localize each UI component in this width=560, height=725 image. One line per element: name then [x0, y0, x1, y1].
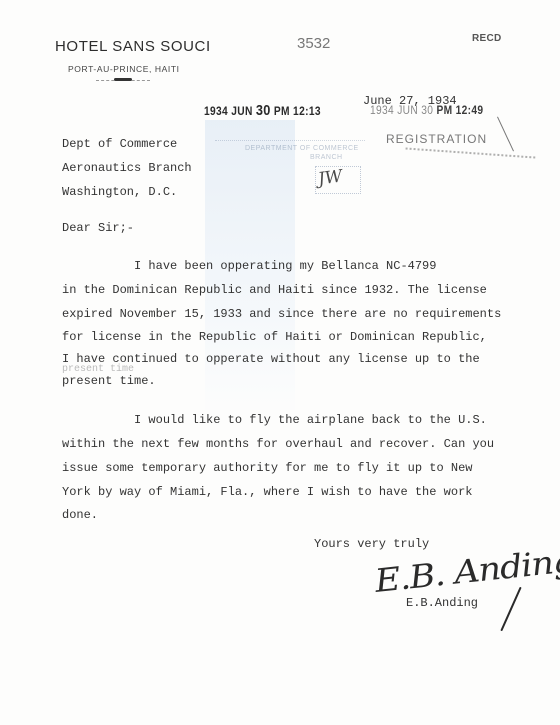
signature-flourish	[500, 587, 521, 632]
paragraph-2-line: York by way of Miami, Fla., where I wish…	[62, 485, 472, 499]
paragraph-2-line: within the next few months for overhaul …	[62, 437, 494, 451]
received-date-stamp-1: 1934 JUN 30 PM 12:13	[204, 102, 321, 119]
stamp2-day: 30	[421, 103, 433, 117]
stamp1-year: 1934	[204, 104, 228, 118]
stamp1-day: 30	[256, 102, 271, 119]
stamp1-ampm: PM	[274, 104, 290, 118]
file-number: 3532	[297, 35, 330, 52]
paragraph-1-line: I have been opperating my Bellanca NC-47…	[62, 259, 436, 273]
paragraph-2-line: I would like to fly the airplane back to…	[62, 413, 487, 427]
stamp-mark	[497, 117, 514, 152]
stamp2-ampm: PM	[436, 103, 452, 117]
signer-name: E.B.Anding	[406, 596, 478, 610]
recipient-line-2: Aeronautics Branch	[62, 161, 192, 175]
letterhead-ornament	[96, 80, 150, 82]
registration-stamp: REGISTRATION	[386, 132, 487, 146]
paragraph-2-line: issue some temporary authority for me to…	[62, 461, 472, 475]
faint-stamp-line-1: DEPARTMENT OF COMMERCE	[245, 145, 359, 152]
recd-stamp: RECD	[472, 33, 502, 44]
paragraph-2-line: done.	[62, 508, 98, 522]
salutation: Dear Sir;-	[62, 221, 134, 235]
faint-stamp-line-2: BRANCH	[310, 154, 343, 161]
letterhead-city: PORT-AU-PRINCE, HAITI	[68, 64, 180, 74]
registration-smudge	[405, 147, 536, 170]
paragraph-1-line: expired November 15, 1933 and since ther…	[62, 307, 501, 321]
letterhead-hotel-name: HOTEL SANS SOUCI	[55, 38, 211, 55]
paragraph-1-line: present time.	[62, 374, 156, 388]
paragraph-1-line: in the Dominican Republic and Haiti sinc…	[62, 283, 487, 297]
received-date-stamp-2: 1934 JUN 30 PM 12:49	[370, 103, 483, 117]
paragraph-1-line: for license in the Republic of Haiti or …	[62, 330, 487, 344]
stamp2-time: 12:49	[456, 103, 484, 117]
recipient-line-1: Dept of Commerce	[62, 137, 177, 151]
stamp1-month: JUN	[231, 104, 252, 118]
stamp2-month: JUN	[397, 103, 418, 117]
stamp2-year: 1934	[370, 103, 394, 117]
stamp1-time: 12:13	[293, 104, 321, 118]
closing: Yours very truly	[314, 537, 429, 551]
handwritten-initials: JW	[317, 166, 344, 189]
recipient-line-3: Washington, D.C.	[62, 185, 177, 199]
